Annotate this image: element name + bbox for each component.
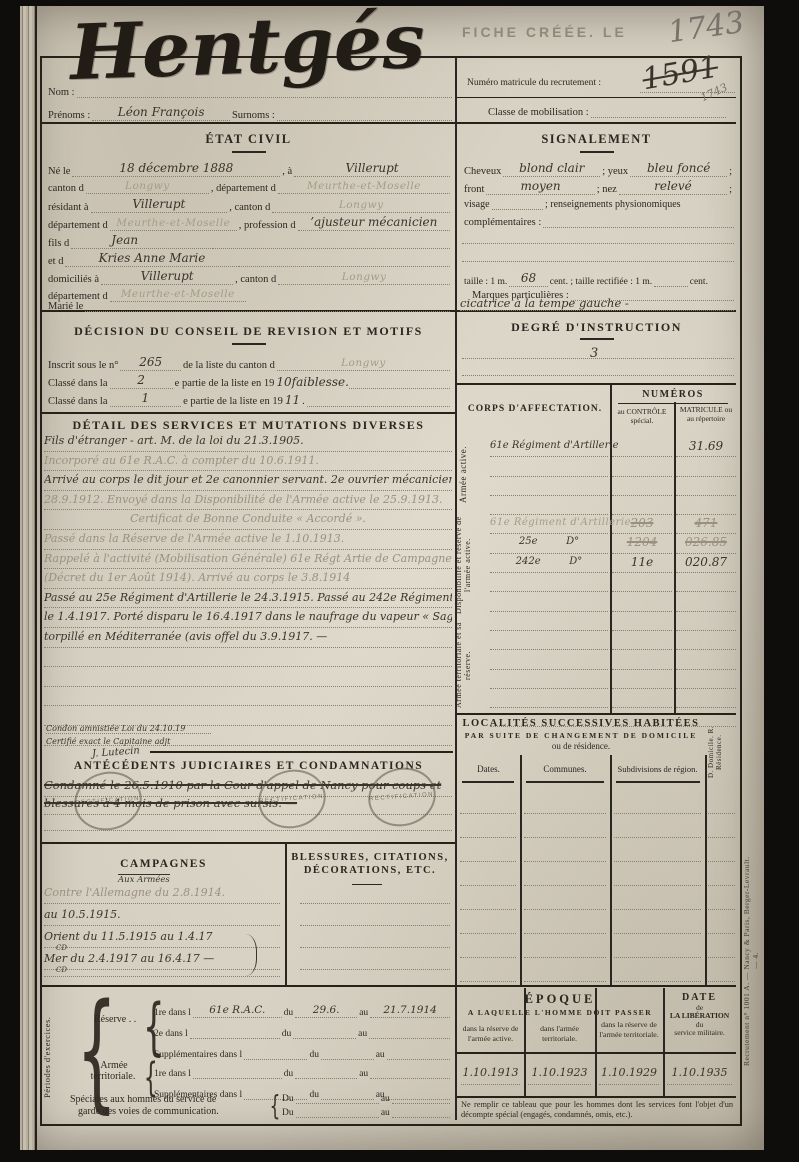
localites-empty-row [460,910,516,934]
matricule-empty [676,689,736,708]
empty-fill [296,1106,379,1118]
matricule-label: Numéro matricule du recrutement : [465,78,603,88]
epoque-value-line [461,1084,520,1085]
reserve-row1-unit: 61e R.A.C. [209,1004,265,1016]
localites-empty-row [708,886,735,910]
classe1-line [349,377,450,389]
printer-imprint: Recrutement n° 1001 A. — Nancy & Paris, … [742,852,756,1070]
corps-lane-matricule: 31.69 471 026.85 020.87 [676,438,736,727]
yeux-value: bleu foncé [647,161,710,175]
localites-empty-row [708,838,735,862]
localites-empty-row [614,934,701,958]
localites-empty-row [708,910,735,934]
classe2-label: Classé dans la [46,396,110,407]
controle-empty [612,573,672,592]
localites-vline2 [610,755,612,985]
matricule-empty [676,670,736,689]
semi1: ; [727,166,734,177]
corps-empty [490,670,608,689]
epoque-value1: 1.10.1913 [457,1066,524,1079]
classe1-year: 10 [276,375,291,389]
canton2-label: , canton d [227,202,272,213]
speciales-row2: Du au [280,1104,450,1118]
canton-label: canton d [46,183,86,194]
du-label: du [282,1069,296,1079]
matricule-r1: 471 [695,516,718,530]
reserve-row1-du: 29.6. [313,1004,340,1016]
classe1-label: Classé dans la [46,378,110,389]
service-empty-line [44,687,452,707]
cheveux-value: blond clair [519,161,584,175]
blessures-title-line1: BLESSURES, CITATIONS, [287,852,453,863]
matricule-active: 31.69 [689,439,723,453]
row-inscrit: Inscrit sous le n° 265 de la liste du ca… [46,356,450,371]
localites-col-dr: D. Domicile. R. Résidence. [707,716,733,788]
taille-rectifiee-line [654,275,688,287]
row-ne-le: Né le 18 décembre 1888 , à Villerupt [46,162,450,177]
campagne-line2: au 10.5.1915. [44,908,280,926]
row-canton: canton d Longwy , département d Meurthe-… [46,180,450,194]
campagne-line3: Orient du 11.5.1915 au 1.4.17 [44,930,280,948]
matricule-empty [676,650,736,669]
corps-empty [490,477,608,496]
ne-le-value: 18 décembre 1888 [119,161,233,175]
service-line: Passé dans la Réserve de l'Armée active … [44,530,452,550]
localites-empty-row [614,958,701,982]
controle-empty [612,612,672,631]
classe1-label2: e partie de la liste en 19 [173,378,277,389]
epoque-col1-header: dans la réserve de l'armée active. [458,1024,523,1044]
row-residant: résidant à Villerupt , canton d Longwy [46,198,450,213]
reserve-corps3-value: 242e D° [516,556,583,567]
services-title: DÉTAIL DES SERVICES ET MUTATIONS DIVERSE… [42,418,455,433]
prenoms-value: Léon François [118,105,205,119]
row-domicilies: domiciliés à Villerupt , canton d Longwy [46,270,450,285]
service-line: Incorporé au 61e R.A.C. à compter du 10.… [44,452,452,472]
row-marie: Marié le [46,300,450,312]
localites-empty-row [614,790,701,814]
empty-fill [295,1067,357,1079]
front-label: front [462,184,486,195]
service-line: torpillé en Méditerranée (avis offel du … [44,628,452,648]
localites-empty-row [708,958,735,982]
inscrit-numero: 265 [139,355,162,369]
empty-fill [296,1092,379,1104]
localites-title: LOCALITÉS SUCCESSIVES HABITÉES [457,718,705,729]
matricule-r3: 020.87 [685,555,727,569]
fils-value: Jean [111,233,138,247]
matricule-row: Numéro matricule du recrutement : [465,78,655,88]
classe-label: Classe de mobilisation : [486,107,591,118]
row-classe2: Classé dans la 1 e partie de la liste en… [46,392,450,407]
service-line: Passé au 25e Régiment d'Artillerie le 24… [44,589,452,609]
epoque-value-line [667,1084,732,1085]
domicilies-label: domiciliés à [46,274,101,285]
mere-value: Kries Anne Marie [99,251,206,265]
au-label: au [357,1008,370,1018]
yeux-label: ; yeux [600,166,630,177]
ne-le-label: Né le [46,166,72,177]
rectification-stamp-text: RECTIFICATION [369,792,434,803]
sig-empty-line1 [462,243,734,244]
blessures-empty-line [300,903,450,904]
periode-reserve-row2: 2e dans l du au [152,1017,450,1039]
classe2-label2: e partie de la liste en 19 [181,396,285,407]
campagne-cd-mark: CD [56,944,67,952]
service-line: Arrivé au corps le dit jour et 2e canonn… [44,471,452,491]
epoque-value-line [599,1084,659,1085]
service-empty-line [44,706,452,726]
controle-empty [612,631,672,650]
localites-col-subdivisions: Subdivisions de région. [610,764,705,774]
brace-decoration: { [270,1092,281,1120]
semi2: ; [727,184,734,195]
etat-civil-underline [232,151,266,153]
ne-a-value: Villerupt [346,161,399,175]
corps-empty [490,689,608,708]
service-line: Fils d'étranger - art. M. de la loi du 2… [44,432,452,452]
epoque-footnote: Ne remplir ce tableau que pour les homme… [461,1100,733,1121]
localites-empty-row [708,934,735,958]
epoque-title: ÉPOQUE [457,992,663,1007]
scanned-military-register-sheet: FICHE CRÉÉE. LE 1743 Hentgés Nom : Préno… [0,0,799,1162]
sig-empty-line2 [462,261,734,262]
classe2-num: 1 [141,391,149,405]
localites-lane-dates [460,790,516,982]
localites-empty-row [524,838,606,862]
service-empty-line [44,648,452,668]
row-fils: fils d Jean [46,234,450,249]
localites-hdr-underline2 [526,781,604,783]
surnoms-value-line [277,109,452,121]
dept-label: , département d [209,183,278,194]
residant-label: résidant à [46,202,91,213]
canton3-stamp-value: Longwy [342,271,387,283]
speciales-row1: Du au [280,1090,450,1104]
localites-vline3 [705,755,707,985]
row-visage: visage ; renseignements physionomiques [462,198,734,210]
campagnes-title: CAMPAGNES [42,858,285,870]
rectification-stamp-text: RECTIFICATION [259,794,324,805]
date-title-l3: LA LIBÉRATION [663,1011,736,1020]
services-lines: Fils d'étranger - art. M. de la loi du 2… [44,432,452,746]
au-label: au [357,1069,370,1079]
page-edge-line [35,6,37,1150]
periode-reserve-row1: 1re dans l 61e R.A.C. du 29.6. au 21.7.1… [152,996,450,1018]
et-label: et d [46,256,65,267]
corps-lane-units: 61e Régiment d'Artillerie 61e Régiment d… [490,438,608,727]
inscrit-label: Inscrit sous le n° [46,360,120,371]
localites-hdr-underline1 [462,781,514,783]
localites-empty-row [614,862,701,886]
renseignements-label: ; renseignements physionomiques [543,199,683,210]
row-front-nez: front moyen ; nez relevé ; [462,180,734,195]
speciales-label2: garde des voies de communication. [78,1106,219,1117]
rectification-stamp-text: RECTIFICATION [75,796,140,807]
localites-empty-row [708,790,735,814]
complementaires-line [543,216,734,228]
localites-empty-row [460,790,516,814]
reserve-row1-label: 1re dans l [152,1008,193,1018]
decision-underline [232,343,266,345]
marie-label: Marié le [46,301,85,312]
canton2-stamp-value: Longwy [339,199,384,211]
active-corps-value: 61e Régiment d'Artillerie [490,440,619,451]
blessures-underline [352,884,382,885]
localites-empty-row [614,886,701,910]
speciales-label1: Spéciales aux hommes du service de [70,1094,216,1105]
dept2-label: département d [46,220,110,231]
classe-mobilisation-row: Classe de mobilisation : [486,106,726,118]
localites-lane-dr [708,790,735,982]
localites-col-dates: Dates. [457,764,520,774]
localites-empty-row [460,862,516,886]
inscrit-canton-stamp: Longwy [341,357,386,369]
controle-col-header: au CONTRÔLE spécial. [613,407,671,426]
campagne-cd-mark: CD [56,966,67,974]
blessures-empty-line [300,947,450,948]
localites-empty-row [708,814,735,838]
rule-campagnes [42,842,455,844]
localites-empty-row [524,934,606,958]
controle-empty [612,496,672,515]
empty-fill [369,1027,450,1039]
degre-value: 3 [590,346,598,361]
surname-script-handwriting: Hentgés [69,0,427,97]
matricule-empty [676,631,736,650]
rule-decision [42,412,455,414]
localites-empty-row [524,910,606,934]
epoque-col2-header: dans l'armée territoriale. [526,1024,593,1044]
classe1-num: 2 [137,373,145,387]
reserve-row1-au: 21.7.1914 [383,1004,436,1016]
visage-label: visage [462,199,492,210]
epoque-value3: 1.10.1929 [595,1066,663,1079]
decision-title: DÉCISION DU CONSEIL DE REVISION ET MOTIF… [42,324,455,339]
localites-empty-row [524,886,606,910]
residant-value: Villerupt [132,197,185,211]
epoque-value2: 1.10.1923 [524,1066,595,1079]
marques-value: cicatrice à la tempe gauche - [460,296,734,311]
matricule-empty [676,477,736,496]
date-title-l1: DATE [663,992,736,1003]
matricule-empty [676,612,736,631]
empty-fill [293,1027,356,1039]
group-disponibilite-label: Disponibilité et réserve de l'armée acti… [454,512,484,618]
nez-value: relevé [654,179,692,193]
localites-col-communes: Communes. [520,764,610,774]
epoque-value4: 1.10.1935 [663,1066,736,1079]
taille-label: taille : 1 m. [462,277,509,287]
matricule-empty [676,457,736,476]
numeros-underline [618,403,728,404]
territoriale-row1-label: 1re dans l [152,1069,193,1079]
row-classe1: Classé dans la 2 e partie de la liste en… [46,374,450,389]
corps-empty [490,496,608,515]
corps-empty [490,573,608,592]
amnistie-note: Condon amnistiée Loi du 24.10.19 [46,724,211,734]
reserve-corps1-value: 61e Régiment d'Artillerie [490,517,631,528]
epoque-col3-header: dans la réserve de l'armée territoriale. [597,1020,661,1040]
blessures-title-line2: DÉCORATIONS, ETC. [287,865,453,876]
epoque-value-line [528,1084,591,1085]
periode-territoriale-row1: 1re dans l du au [152,1057,450,1079]
periodes-vertical-label: Périodes d'exercices. [42,1002,62,1112]
corps-lane-controle: 203 1204 11e [612,438,672,727]
taille-value: 68 [521,271,536,285]
classe1-motif: faiblesse. [292,375,349,389]
service-line: (Décret du 1er Août 1914). Arrivé au cor… [44,569,452,589]
matricule-empty [676,592,736,611]
fils-label: fils d [46,238,71,249]
controle-empty [612,477,672,496]
reserve-corps2-value: 25e D° [519,536,579,547]
localites-empty-row [524,958,606,982]
row-dept-profession: département d Meurthe-et-Moselle , profe… [46,216,450,231]
marie-line [85,300,450,312]
controle-empty [612,689,672,708]
du-label: du [282,1008,296,1018]
inscrit-label2: de la liste du canton d [181,360,277,371]
localites-empty-row [460,958,516,982]
controle-empty [612,670,672,689]
rule-matricule [457,97,736,98]
binding-edge [20,6,35,1150]
corps-empty [490,592,608,611]
controle-r3: 11e [631,555,653,569]
service-line: Rappelé à l'activité (Mobilisation Génér… [44,550,452,570]
localites-empty-row [460,886,516,910]
epoque-bottom-rule [457,1096,736,1098]
au-label: au [379,1108,392,1118]
blessures-empty-line [300,969,450,970]
controle-r1: 203 [631,516,654,530]
prenoms-row: Prénoms : Léon François Surnoms : [46,106,452,121]
controle-empty [612,650,672,669]
empty-fill [392,1092,450,1104]
service-line: Certificat de Bonne Conduite « Accordé »… [44,510,452,530]
service-line: 28.9.1912. Envoyé dans la Disponibilité … [44,491,452,511]
au-label: au [356,1029,369,1039]
localites-empty-row [524,862,606,886]
matricule-empty [676,496,736,515]
rule-header [42,122,736,124]
row-complementaires: complémentaires : [462,216,734,228]
group-territoriale-label: Armée territoriale et sa réserve. [454,620,484,710]
etat-civil-title: ÉTAT CIVIL [42,132,455,147]
localites-empty-row [614,814,701,838]
localites-subtitle2: ou de résidence. [457,741,705,751]
canton-stamp-value: Longwy [125,180,170,192]
localites-empty-row [460,814,516,838]
corps-empty [490,612,608,631]
rule-degre [457,383,736,385]
classe2-line [307,395,450,407]
classe2-year: 11 [285,393,300,407]
front-value: moyen [520,179,560,193]
corps-empty [490,650,608,669]
degre-line2 [462,375,734,376]
localites-lane-communes [524,790,606,982]
surnoms-label: Surnoms : [230,110,277,121]
profession-label: , profession d [237,220,298,231]
blessures-empty-line [300,925,450,926]
corps-empty [490,631,608,650]
localites-subtitle: PAR SUITE DE CHANGEMENT DE DOMICILE [457,731,705,740]
campagne-line1: Contre l'Allemagne du 2.8.1914. [44,886,280,904]
localites-lane-subdivisions [614,790,701,982]
du-label: du [280,1029,294,1039]
mere-line [239,255,451,267]
group-armee-active-label: Armée active. [458,438,480,512]
classe-value-line [591,106,726,118]
campagne-line4: Mer du 2.4.1917 au 16.4.17 — [44,952,280,970]
empty-fill [392,1106,450,1118]
degre-underline [580,338,614,340]
localites-empty-row [614,838,701,862]
localites-vline1 [520,755,522,985]
taille-rectifiee-label: cent. ; taille rectifiée : 1 m. [548,277,654,287]
classe2-period: . [300,396,307,407]
taille-cent-label: cent. [688,277,710,287]
profession-value: ’ajusteur mécanicien [310,215,437,229]
complementaires-label: complémentaires : [462,217,543,228]
a-label: , à [280,166,294,177]
epoque-header-underline [457,1052,736,1054]
corps-title: CORPS D'AFFECTATION. [466,404,604,414]
certifie-note: Certifié exact le Capitaine adjt [46,737,211,746]
du-label: Du [280,1094,296,1104]
row-mere: et d Kries Anne Marie [46,252,450,267]
campagnes-insert: Aux Armées [118,874,170,885]
localites-empty-row [524,790,606,814]
cheveux-label: Cheveux [462,166,503,177]
localites-empty-row [460,838,516,862]
visage-value-line [492,198,543,210]
controle-r2: 1204 [627,535,658,549]
rule-bottom [42,985,736,987]
domicilies-value: Villerupt [141,269,194,283]
controle-empty [612,592,672,611]
service-line: le 1.4.1917. Porté disparu le 16.4.1917 … [44,608,452,628]
localites-empty-row [614,910,701,934]
localites-empty-row [708,862,735,886]
localites-empty-row [460,934,516,958]
service-empty-line [44,667,452,687]
dept2-stamp-value: Meurthe-et-Moselle [116,217,230,229]
au-label: au [379,1094,392,1104]
degre-title: DEGRÉ D'INSTRUCTION [457,320,736,335]
empty-fill [190,1027,280,1039]
territoriale-label1: Armée [88,1060,140,1071]
numeros-title: NUMÉROS [610,389,736,400]
territoriale-label2: territoriale. [82,1071,144,1082]
rule-notes [150,751,453,753]
signalement-title: SIGNALEMENT [457,132,736,147]
epoque-subtitle: A LAQUELLE L'HOMME DOIT PASSER [457,1008,663,1017]
localites-hdr-underline3 [616,781,700,783]
matricule-col-header: MATRICULE ou au répertoire [677,405,735,423]
fils-line [213,237,450,249]
localites-empty-row [524,814,606,838]
nez-label: ; nez [595,184,619,195]
fiche-creee-stamp: FICHE CRÉÉE. LE [462,24,627,40]
date-title-l5: service militaire. [663,1028,736,1037]
corps-empty [490,457,608,476]
matricule-empty [676,573,736,592]
row-taille: taille : 1 m. 68 cent. ; taille rectifié… [462,272,734,287]
du-label: Du [280,1108,296,1118]
